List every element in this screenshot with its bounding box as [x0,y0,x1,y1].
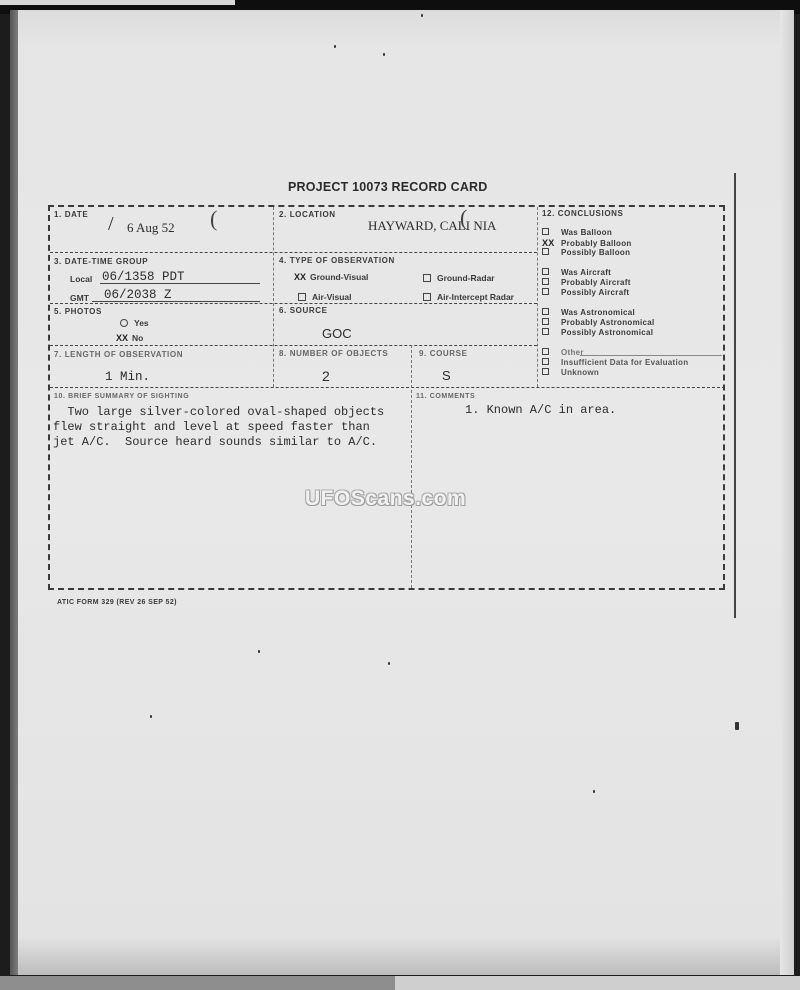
option-label: Ground-Radar [437,273,495,283]
option-label: Was Aircraft [561,268,611,277]
checkbox-icon [542,248,549,255]
option-ground-radar[interactable]: Ground-Radar [423,273,495,283]
speck [388,662,390,665]
source-value: GOC [322,326,352,341]
gmt-underline [92,301,260,302]
card-outer-rule [734,173,736,618]
option-label: Possibly Balloon [561,248,630,257]
checkbox-icon [542,228,549,235]
checkbox-icon [423,274,431,282]
speck [258,650,260,653]
divider [537,207,538,387]
option-label: Yes [134,318,149,328]
source-label: 6. SOURCE [279,306,328,315]
local-time-value: 06/1358 PDT [102,270,185,284]
checked-mark: XX [542,238,553,248]
photos-label: 5. PHOTOS [54,307,102,316]
local-label: Local [70,274,92,284]
summary-text: Two large silver-colored oval-shaped obj… [53,405,384,450]
summary-label: 10. BRIEF SUMMARY OF SIGHTING [54,393,189,400]
divider [50,345,537,346]
form-number: ATIC FORM 329 (REV 26 SEP 52) [57,599,177,606]
punch-hole-mark: ( [210,206,217,232]
speck [593,790,595,793]
checkbox-icon [542,368,549,375]
watermark: UFOScans.com [305,487,466,511]
option-label: Air-Visual [312,292,352,302]
checkbox-icon [542,318,549,325]
course-label: 9. COURSE [419,349,468,358]
divider [50,303,537,304]
checked-mark: XX [294,272,306,282]
number-of-objects-value: 2 [322,368,330,384]
conclusion-possibly-balloon[interactable]: Possibly Balloon [542,248,630,257]
conclusion-possibly-astronomical[interactable]: Possibly Astronomical [542,328,653,337]
course-value: S [442,368,451,383]
checkbox-icon [423,293,431,301]
card-title: PROJECT 10073 RECORD CARD [288,180,488,194]
conclusion-was-balloon[interactable]: Was Balloon [542,228,612,237]
observation-type-label: 4. TYPE OF OBSERVATION [279,256,395,265]
option-label: Probably Aircraft [561,278,631,287]
option-label: Air-Intercept Radar [437,292,514,302]
summary-line: flew straight and level at speed faster … [53,420,384,435]
option-label: Insufficient Data for Evaluation [561,358,688,367]
option-label: No [132,333,143,343]
option-ground-visual[interactable]: XXGround-Visual [294,272,368,282]
comments-label: 11. COMMENTS [416,393,475,400]
scan-border-bottom-dark [0,976,395,990]
conclusion-was-aircraft[interactable]: Was Aircraft [542,268,611,277]
conclusion-probably-aircraft[interactable]: Probably Aircraft [542,278,631,287]
checkbox-icon [120,319,128,327]
punch-hole-mark: ( [460,205,467,231]
option-label: Probably Balloon [561,239,632,248]
option-label: Was Balloon [561,228,612,237]
checkbox-icon [542,278,549,285]
option-photos-yes[interactable]: Yes [120,318,149,328]
option-photos-no[interactable]: XXNo [116,333,143,343]
conclusion-possibly-aircraft[interactable]: Possibly Aircraft [542,288,629,297]
date-time-group-label: 3. DATE-TIME GROUP [54,257,148,266]
checkbox-icon [542,308,549,315]
checkbox-icon [542,358,549,365]
comments-value: 1. Known A/C in area. [465,403,616,417]
conclusions-label: 12. CONCLUSIONS [542,209,623,218]
option-label: Unknown [561,368,599,377]
speck [421,14,423,17]
local-underline [100,283,260,284]
conclusion-probably-balloon[interactable]: XXProbably Balloon [542,238,632,248]
option-air-intercept-radar[interactable]: Air-Intercept Radar [423,292,514,302]
checkbox-icon [542,288,549,295]
summary-line: Two large silver-colored oval-shaped obj… [53,405,384,420]
length-label: 7. LENGTH OF OBSERVATION [54,350,183,359]
summary-line: jet A/C. Source heard sounds similar to … [53,435,384,450]
number-of-objects-label: 8. NUMBER OF OBJECTS [279,349,388,358]
length-value: 1 Min. [105,370,150,384]
page-edge-right [780,10,794,975]
checkbox-icon [542,268,549,275]
gmt-label: GMT [70,293,89,303]
gmt-time-value: 06/2038 Z [104,288,172,302]
option-label: Possibly Aircraft [561,288,629,297]
checked-mark: XX [116,333,128,343]
conclusion-was-astronomical[interactable]: Was Astronomical [542,308,635,317]
conclusion-other[interactable]: Other [542,348,584,357]
other-underline [580,355,722,356]
divider [50,252,537,253]
option-label: Ground-Visual [310,272,368,282]
scan-border-top-light [0,0,235,5]
divider [273,207,274,387]
option-label: Was Astronomical [561,308,635,317]
checkbox-icon [542,328,549,335]
speck [150,715,152,718]
speck [735,722,739,730]
location-label: 2. LOCATION [279,210,336,219]
conclusion-probably-astronomical[interactable]: Probably Astronomical [542,318,655,327]
speck [383,53,385,56]
date-value: 6 Aug 52 [127,220,175,236]
option-label: Probably Astronomical [561,318,655,327]
date-slash-mark: / [108,213,114,236]
option-air-visual[interactable]: Air-Visual [298,292,352,302]
divider [50,387,725,388]
checkbox-icon [298,293,306,301]
speck [334,45,336,48]
divider [411,345,412,588]
location-value: HAYWARD, CALI NIA [368,218,496,234]
date-label: 1. DATE [54,210,88,219]
checkbox-icon [542,348,549,355]
conclusion-insufficient-data[interactable]: Insufficient Data for Evaluation [542,358,688,367]
conclusion-unknown[interactable]: Unknown [542,368,599,377]
option-label: Possibly Astronomical [561,328,653,337]
